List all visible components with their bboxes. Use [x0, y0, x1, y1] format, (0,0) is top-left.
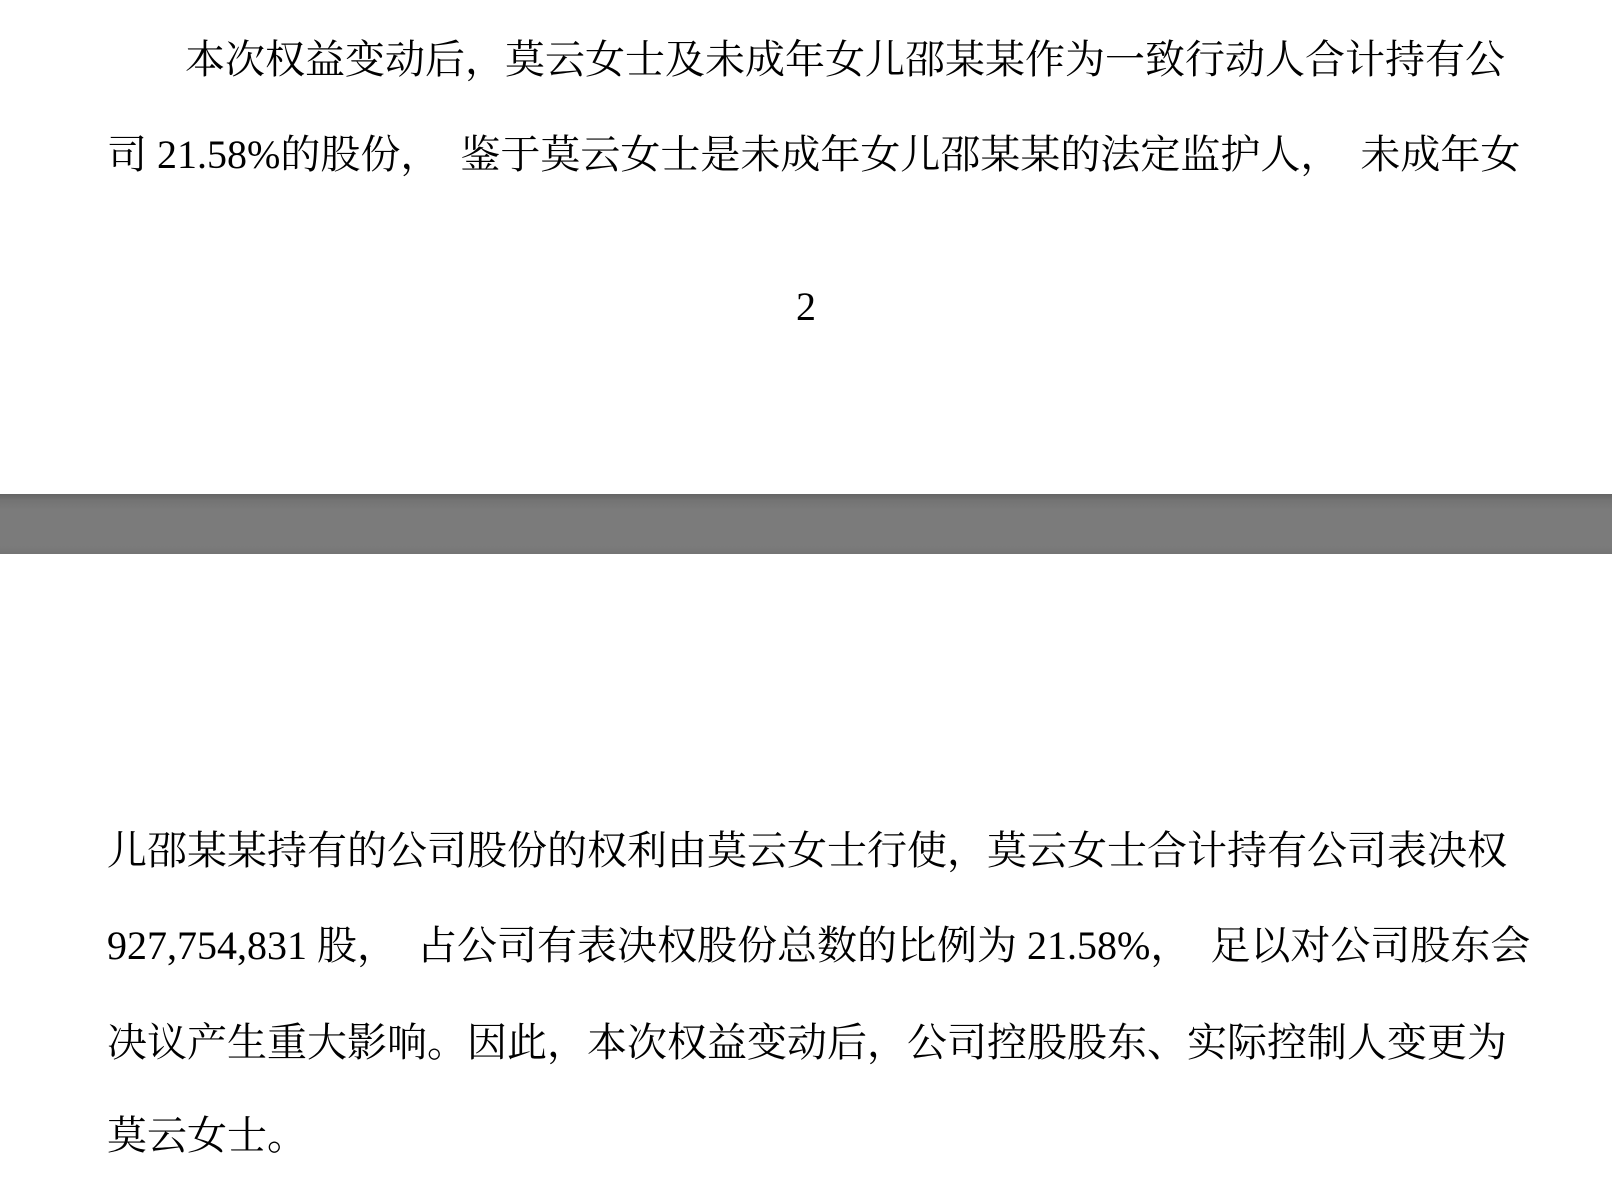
paragraph-line: 本次权益变动后，莫云女士及未成年女儿邵某某作为一致行动人合计持有公	[107, 40, 1547, 80]
paragraph-line: 司 21.58%的股份， 鉴于莫云女士是未成年女儿邵某某的法定监护人， 未成年女	[107, 135, 1547, 175]
page-number: 2	[0, 287, 1612, 327]
paragraph-line: 莫云女士。	[107, 1116, 1547, 1156]
paragraph-line: 927,754,831 股， 占公司有表决权股份总数的比例为 21.58%， 足…	[107, 926, 1547, 966]
document-viewport: 本次权益变动后，莫云女士及未成年女儿邵某某作为一致行动人合计持有公 司 21.5…	[0, 0, 1612, 1178]
paragraph-line: 决议产生重大影响。因此，本次权益变动后，公司控股股东、实际控制人变更为	[107, 1023, 1547, 1063]
paragraph-line: 儿邵某某持有的公司股份的权利由莫云女士行使，莫云女士合计持有公司表决权	[107, 831, 1547, 871]
page-separator-bar	[0, 494, 1612, 554]
